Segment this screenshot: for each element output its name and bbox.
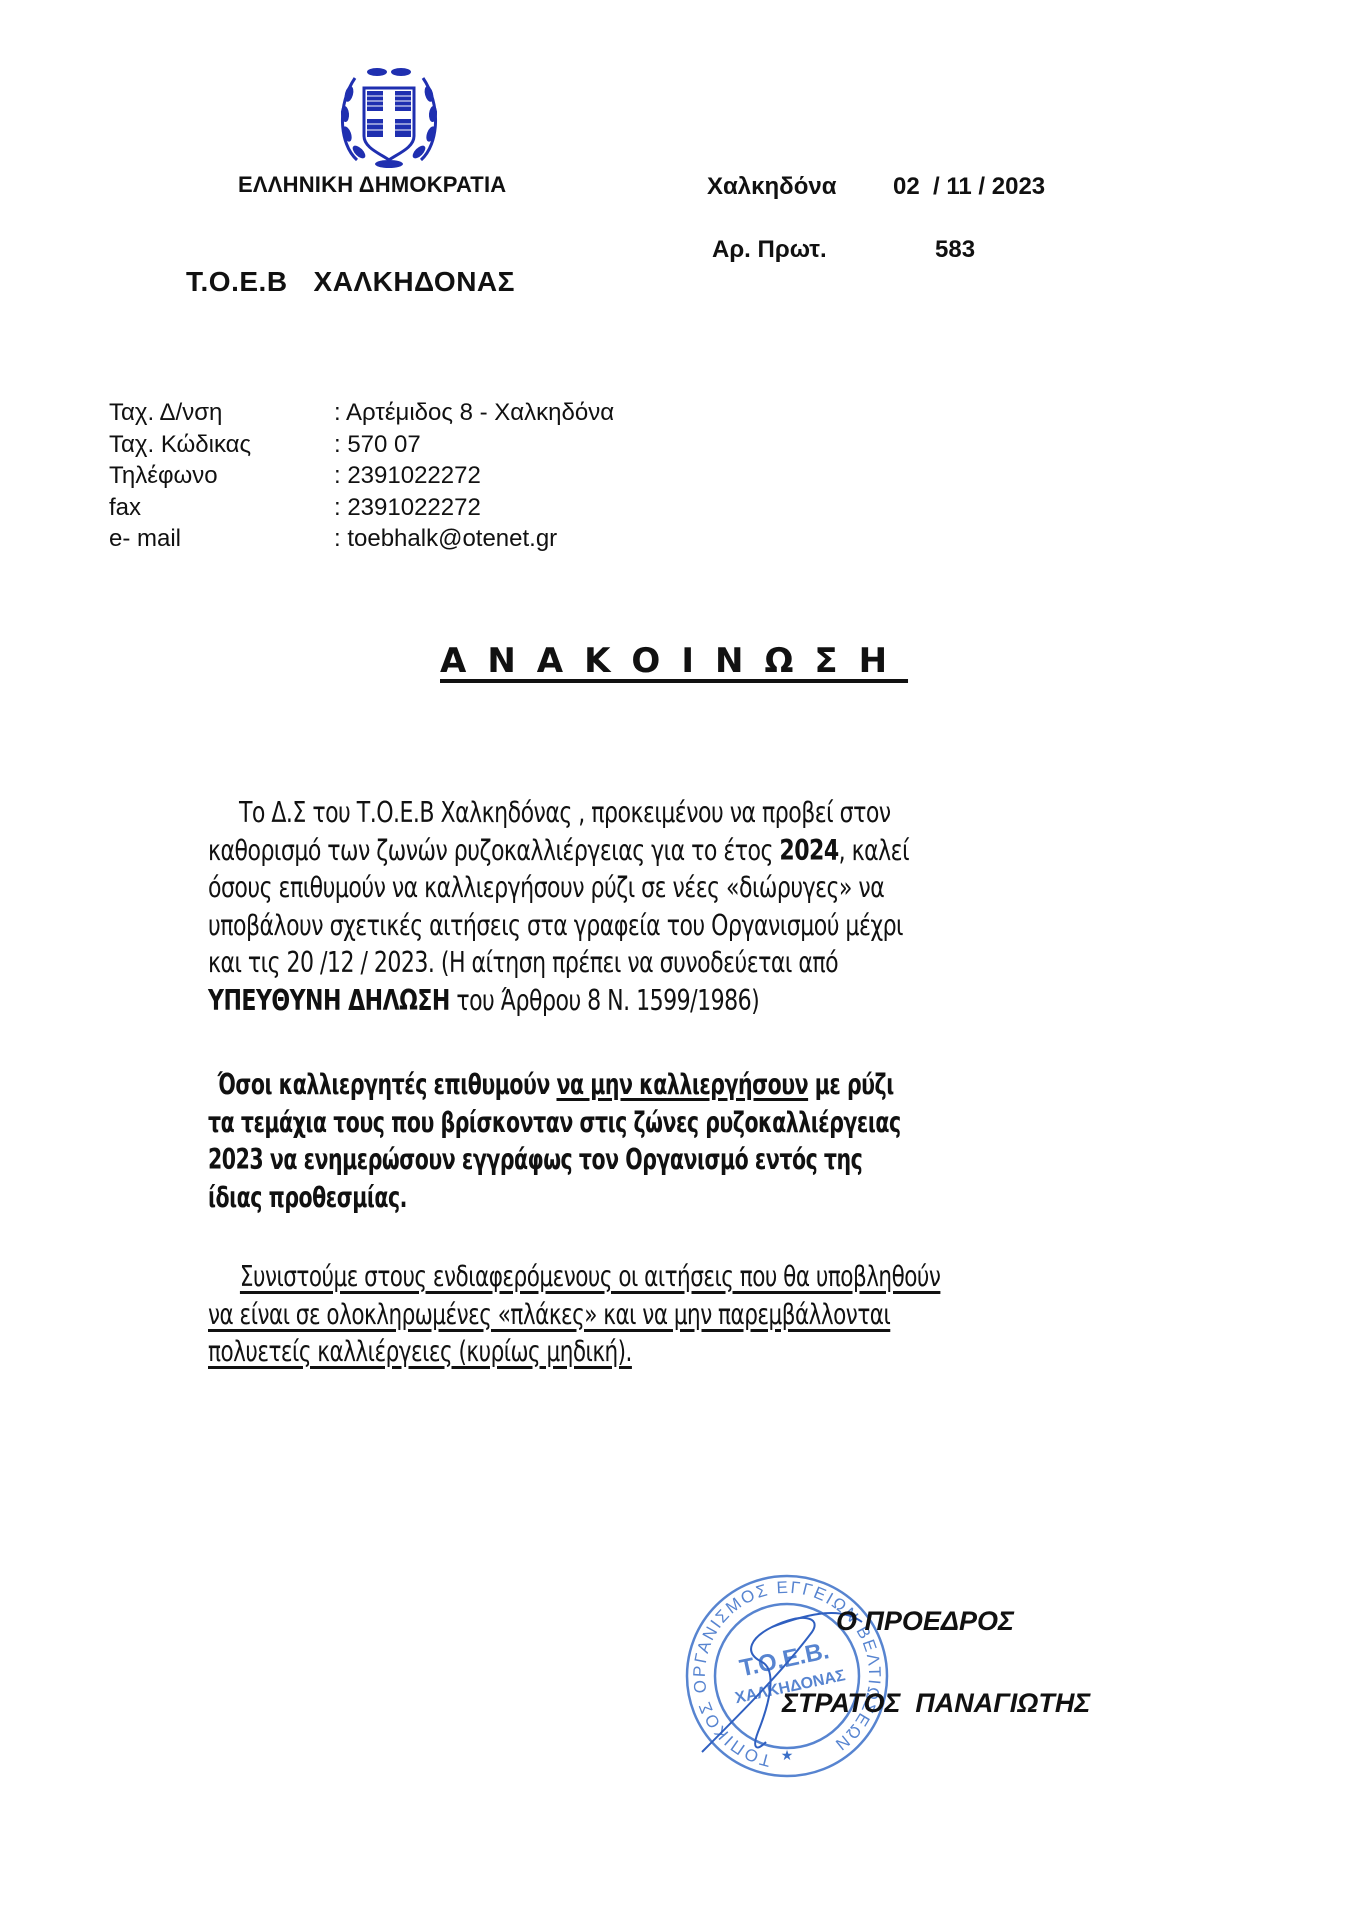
year-highlight: 2024 [779,834,838,867]
contact-row-postcode: Ταχ. Κώδικας : 570 07 [109,429,614,461]
contact-label: e- mail [109,523,334,555]
underlined-phrase: να μην καλλιεργήσουν [556,1068,808,1101]
text-line: καθορισμό των ζωνών ρυζοκαλλιέργειας για… [208,834,779,867]
contact-row-phone: Τηλέφωνο : 2391022272 [109,460,614,492]
document-date: 02 / 11 / 2023 [893,173,1045,201]
organization-short: Τ.Ο.Ε.Β [186,266,288,297]
contact-row-address: Ταχ. Δ/νση : Αρτέμιδος 8 - Χαλκηδόνα [109,397,614,429]
text-line: ίδιας προθεσμίας. [208,1179,1208,1217]
paragraph-application-notice: Το Δ.Σ του Τ.Ο.Ε.Β Χαλκηδόνας , προκειμέ… [208,794,1197,1019]
contact-row-email: e- mail : toebhalk@otenet.gr [109,523,614,555]
contact-email-link[interactable]: : toebhalk@otenet.gr [334,523,557,555]
place-label: Χαλκηδόνα [707,173,836,201]
organization-name: Τ.Ο.Ε.ΒΧΑΛΚΗΔΟΝΑΣ [186,266,515,298]
contact-label: fax [109,492,334,524]
contact-details: Ταχ. Δ/νση : Αρτέμιδος 8 - Χαλκηδόνα Ταχ… [109,397,614,555]
paragraph-recommendation: Συνιστούμε στους ενδιαφερόμενους οι αιτή… [208,1258,1216,1371]
contact-value: : 2391022272 [334,492,481,524]
greek-coat-of-arms-icon [337,64,441,174]
text-line: 2023 να ενημερώσουν εγγράφως τον Οργανισ… [208,1141,1208,1179]
text-line: όσους επιθυμούν να καλλιεργήσουν ρύζι σε… [208,869,1197,907]
text-line: υποβάλουν σχετικές αιτήσεις στα γραφεία … [208,907,1197,945]
text-line: του Άρθρου 8 Ν. 1599/1986) [450,984,759,1017]
contact-value: : Αρτέμιδος 8 - Χαλκηδόνα [334,397,614,429]
protocol-label: Αρ. Πρωτ. [712,236,827,264]
text-line: , καλεί [839,834,909,867]
text-line: Όσοι καλλιεργητές επιθυμούν [218,1068,557,1101]
contact-label: Ταχ. Δ/νση [109,397,334,429]
text-line: πολυετείς καλλιέργειες (κυρίως μηδική). [208,1333,1216,1371]
star-icon: ★ [781,1749,794,1764]
contact-label: Ταχ. Κώδικας [109,429,334,461]
official-stamp: ΤΟΠΙΚΟΣ ΟΡΓΑΝΙΣΜΟΣ ΕΓΓΕΙΩΝ ΒΕΛΤΙΩΣΕΩΝ Τ.… [682,1572,892,1780]
contact-value: : 570 07 [334,429,421,461]
paragraph-opt-out-notice: Όσοι καλλιεργητές επιθυμούν να μην καλλι… [208,1066,1208,1216]
text-line: Συνιστούμε στους ενδιαφερόμενους οι αιτή… [240,1260,940,1293]
declaration-highlight: ΥΠΕΥΘΥΝΗ ΔΗΛΩΣΗ [208,984,450,1017]
text-line: με ρύζι [808,1068,894,1101]
protocol-number: 583 [935,236,975,264]
contact-value: : 2391022272 [334,460,481,492]
organization-place: ΧΑΛΚΗΔΟΝΑΣ [314,266,515,297]
text-line: τα τεμάχια τους που βρίσκονταν στις ζώνε… [208,1104,1208,1142]
announcement-title: ΑΝΑΚΟΙΝΩΣΗ [440,641,908,681]
signatory-name: ΣΤΡΑΤΟΣ ΠΑΝΑΓΙΩΤΗΣ [782,1688,1090,1719]
contact-row-fax: fax : 2391022272 [109,492,614,524]
contact-label: Τηλέφωνο [109,460,334,492]
signatory-role: Ο ΠΡΟΕΔΡΟΣ [836,1606,1014,1637]
text-line: να είναι σε ολοκληρωμένες «πλάκες» και ν… [208,1296,1216,1334]
text-line: Το Δ.Σ του Τ.Ο.Ε.Β Χαλκηδόνας , προκειμέ… [239,796,891,829]
text-line: και τις 20 /12 / 2023. (Η αίτηση πρέπει … [208,944,1197,982]
republic-heading: ΕΛΛΗΝΙΚΗ ΔΗΜΟΚΡΑΤΙΑ [238,172,506,198]
